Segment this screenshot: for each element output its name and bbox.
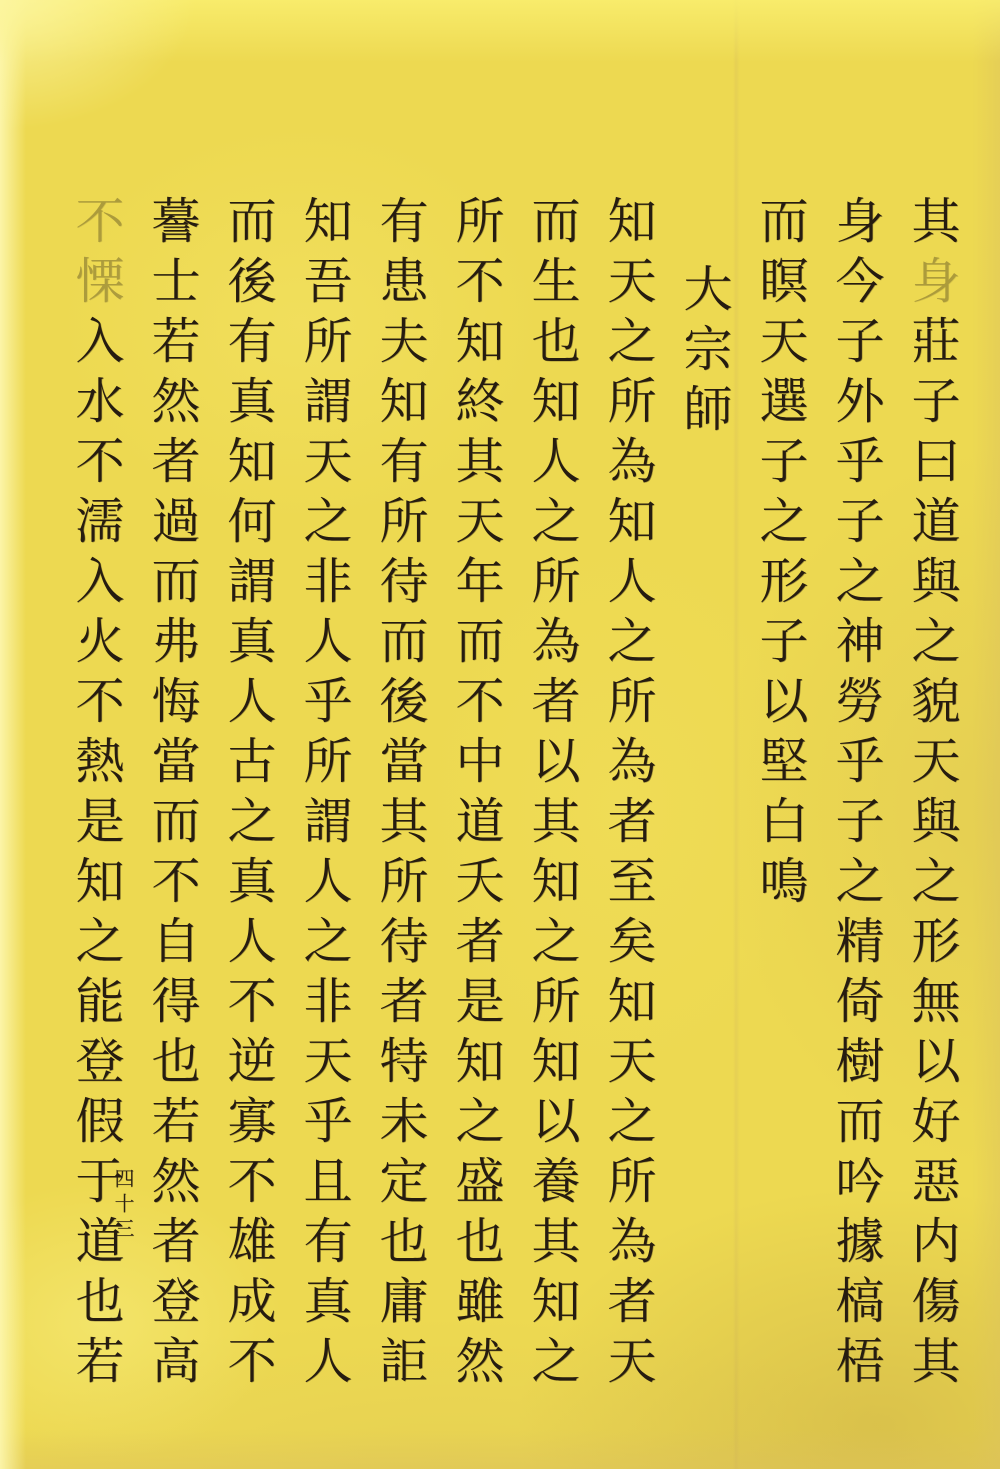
chapter-title: 大宗師 — [676, 263, 733, 443]
column-text: 莊子曰道與之貌天與之形無以好惡内傷其 — [904, 315, 961, 1395]
text-column-8: 有患夫知有所待而後當其所待者特未定也庸詎 — [362, 195, 438, 1395]
page-number-annotation: 四十三 — [110, 1168, 136, 1243]
text-columns: 其身莊子曰道與之貌天與之形無以好惡内傷其 身今子外乎子之神勞乎子之精倚樹而吟據槁… — [58, 195, 970, 1395]
text-column-3: 而瞑天選子之形子以堅白鳴 — [742, 195, 818, 1395]
column-text-faded: 身 — [904, 255, 961, 315]
column-text: 有患夫知有所待而後當其所待者特未定也庸詎 — [372, 195, 429, 1395]
column-text: 所不知終其天年而不中道夭者是知之盛也雖然 — [448, 195, 505, 1395]
column-text: 知吾所謂天之非人乎所謂人之非天乎且有真人 — [296, 195, 353, 1395]
text-column-11: 謩士若然者過而弗悔當而不自得也若然者登高 — [134, 195, 210, 1395]
text-column-5: 知天之所為知人之所為者至矣知天之所為者天 — [590, 195, 666, 1395]
column-text-faded: 不慄 — [68, 195, 125, 315]
text-column-10: 而後有真知何謂真人古之真人不逆寡不雄成不 — [210, 195, 286, 1395]
column-text: 而生也知人之所為者以其知之所知以養其知之 — [524, 195, 581, 1395]
column-text: 知天之所為知人之所為者至矣知天之所為者天 — [600, 195, 657, 1395]
text-column-7: 所不知終其天年而不中道夭者是知之盛也雖然 — [438, 195, 514, 1395]
chapter-title-column: 大宗師 — [666, 195, 742, 1395]
column-text: 身今子外乎子之神勞乎子之精倚樹而吟據槁梧 — [828, 195, 885, 1395]
column-text: 謩士若然者過而弗悔當而不自得也若然者登高 — [144, 195, 201, 1395]
text-column-1: 其身莊子曰道與之貌天與之形無以好惡内傷其 — [894, 195, 970, 1395]
column-text: 而瞑天選子之形子以堅白鳴 — [752, 195, 809, 915]
manuscript-page: 其身莊子曰道與之貌天與之形無以好惡内傷其 身今子外乎子之神勞乎子之精倚樹而吟據槁… — [0, 0, 1000, 1469]
text-column-6: 而生也知人之所為者以其知之所知以養其知之 — [514, 195, 590, 1395]
text-column-9: 知吾所謂天之非人乎所謂人之非天乎且有真人 — [286, 195, 362, 1395]
text-column-2: 身今子外乎子之神勞乎子之精倚樹而吟據槁梧 — [818, 195, 894, 1395]
column-text: 其 — [904, 195, 961, 255]
column-text: 而後有真知何謂真人古之真人不逆寡不雄成不 — [220, 195, 277, 1395]
